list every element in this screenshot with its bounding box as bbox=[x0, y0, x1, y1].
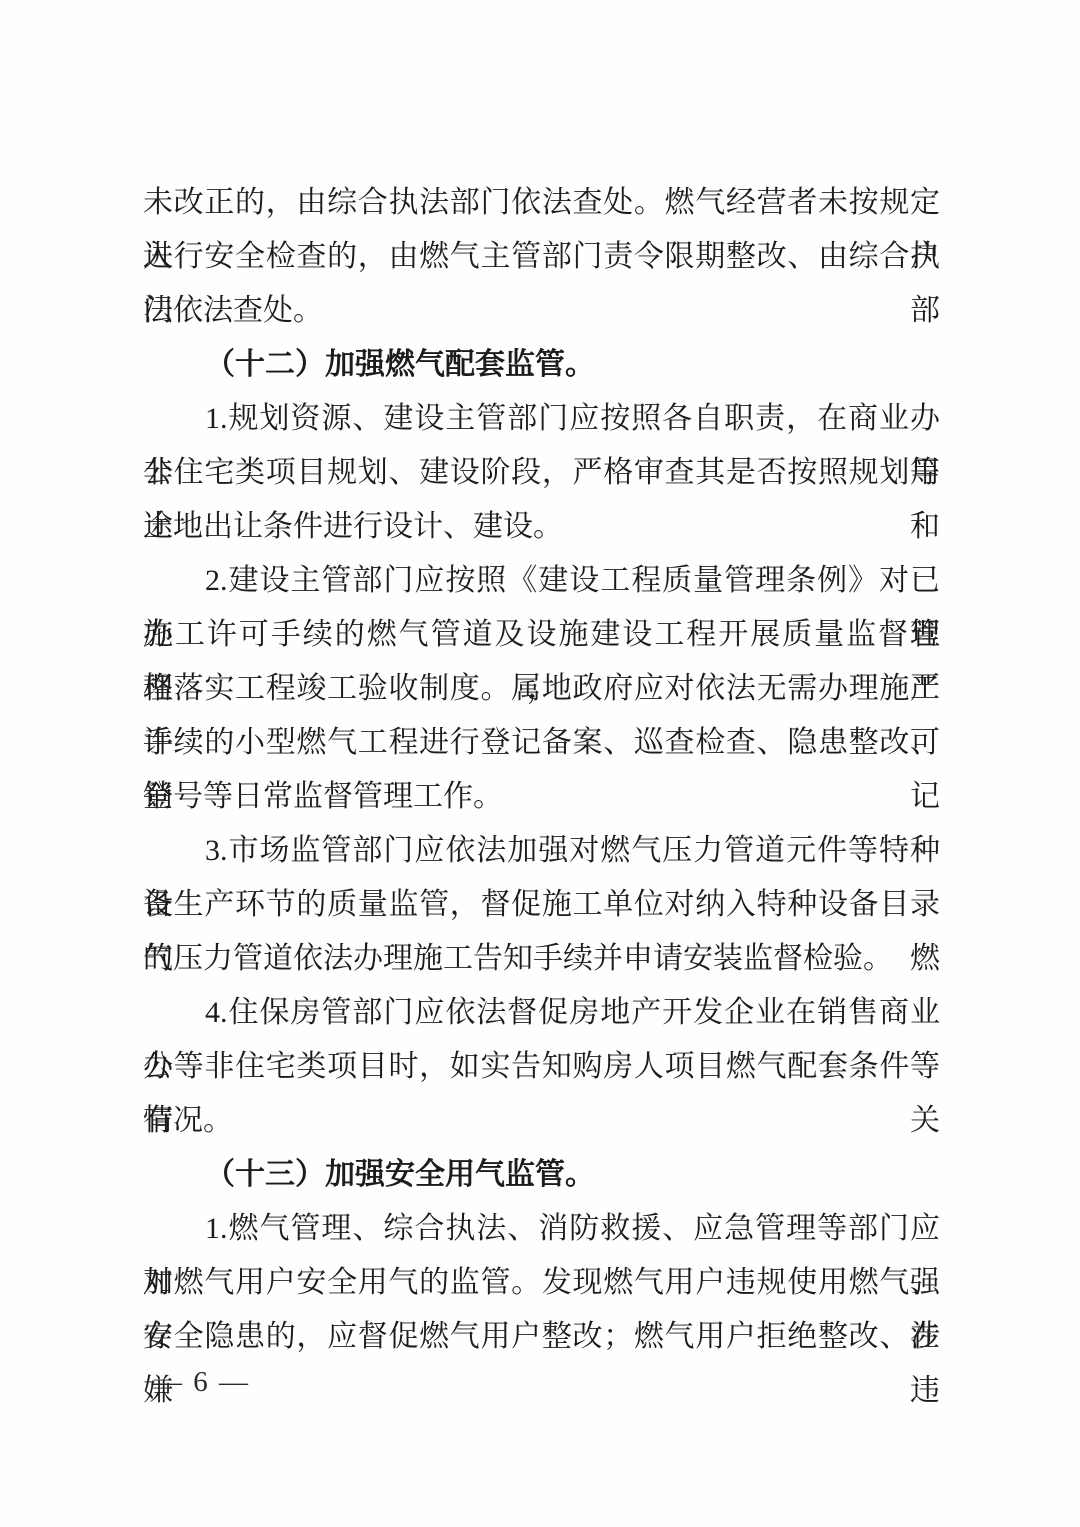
page-number-footer: — 6 — bbox=[153, 1362, 250, 1402]
body-text-line: 手续的小型燃气工程进行登记备案、巡查检查、隐患整改、登记 bbox=[143, 716, 940, 770]
body-text-line: 1.规划资源、建设主管部门应按照各自职责，在商业办公等 bbox=[143, 392, 940, 446]
document-body: 未改正的，由综合执法部门依法查处。燃气经营者未按规定入户进行安全检查的，由燃气主… bbox=[143, 176, 940, 1364]
body-text-line: 气压力管道依法办理施工告知手续并申请安装监督检验。 bbox=[143, 932, 940, 986]
section-heading-line: （十三）加强安全用气监管。 bbox=[143, 1148, 940, 1202]
body-text-line: 4.住保房管部门应依法督促房地产开发企业在销售商业办 bbox=[143, 986, 940, 1040]
body-text-line: 进行安全检查的，由燃气主管部门责令限期整改、由综合执法部 bbox=[143, 230, 940, 284]
body-text-line: 备生产环节的质量监管，督促施工单位对纳入特种设备目录的燃 bbox=[143, 878, 940, 932]
body-text-line: 施工许可手续的燃气管道及设施建设工程开展质量监督管理，严 bbox=[143, 608, 940, 662]
body-text-line: 格落实工程竣工验收制度。属地政府应对依法无需办理施工许可 bbox=[143, 662, 940, 716]
section-heading-line: （十二）加强燃气配套监管。 bbox=[143, 338, 940, 392]
body-text-line: 1.燃气管理、综合执法、消防救援、应急管理等部门应加强 bbox=[143, 1202, 940, 1256]
body-text-line: 公等非住宅类项目时，如实告知购房人项目燃气配套条件等有关 bbox=[143, 1040, 940, 1094]
body-text-line: 未改正的，由综合执法部门依法查处。燃气经营者未按规定入户 bbox=[143, 176, 940, 230]
body-text-line: 3.市场监管部门应依法加强对燃气压力管道元件等特种设 bbox=[143, 824, 940, 878]
body-text-line: 非住宅类项目规划、建设阶段，严格审查其是否按照规划用途和 bbox=[143, 446, 940, 500]
body-text-line: 2.建设主管部门应按照《建设工程质量管理条例》对已办理 bbox=[143, 554, 940, 608]
body-text-line: 对燃气用户安全用气的监管。发现燃气用户违规使用燃气、存在 bbox=[143, 1256, 940, 1310]
document-page: 未改正的，由综合执法部门依法查处。燃气经营者未按规定入户进行安全检查的，由燃气主… bbox=[0, 0, 1080, 1527]
body-text-line: 安全隐患的，应督促燃气用户整改；燃气用户拒绝整改、涉嫌违 bbox=[143, 1310, 940, 1364]
